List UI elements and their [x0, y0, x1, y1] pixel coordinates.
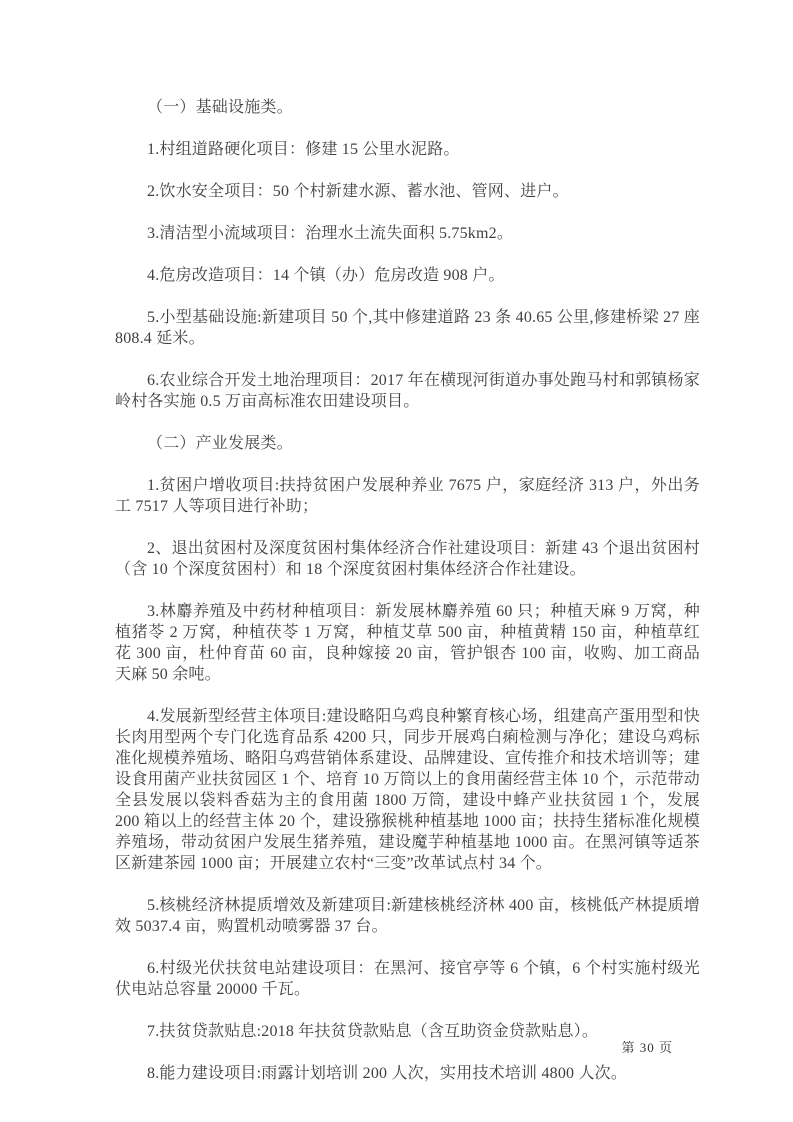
- paragraph-infra-item-5: 5.小型基础设施:新建项目 50 个,其中修建道路 23 条 40.65 公里,…: [115, 307, 700, 349]
- page-number: 第 30 页: [621, 1040, 673, 1056]
- paragraph-industry-item-6: 6.村级光伏扶贫电站建设项目：在黑河、接官亭等 6 个镇，6 个村实施村级光伏电…: [115, 958, 700, 1000]
- paragraph-infra-item-6: 6.农业综合开发土地治理项目：2017 年在横现河街道办事处跑马村和郭镇杨家岭村…: [115, 370, 700, 412]
- paragraph-infra-item-2: 2.饮水安全项目：50 个村新建水源、蓄水池、管网、进户。: [115, 181, 700, 202]
- paragraph-infra-item-3: 3.清洁型小流域项目：治理水土流失面积 5.75km2。: [115, 223, 700, 244]
- paragraph-industry-item-2: 2、退出贫困村及深度贫困村集体经济合作社建设项目：新建 43 个退出贫困村（含 …: [115, 538, 700, 580]
- paragraph-infra-item-1: 1.村组道路硬化项目：修建 15 公里水泥路。: [115, 139, 700, 160]
- paragraph-industry-item-4: 4.发展新型经营主体项目:建设略阳乌鸡良种繁育核心场，组建高产蛋用型和快长肉用型…: [115, 706, 700, 874]
- paragraph-infra-item-4: 4.危房改造项目：14 个镇（办）危房改造 908 户。: [115, 265, 700, 286]
- document-page: （一）基础设施类。 1.村组道路硬化项目：修建 15 公里水泥路。 2.饮水安全…: [0, 0, 793, 1122]
- paragraph-industry-item-5: 5.核桃经济林提质增效及新建项目:新建核桃经济林 400 亩，核桃低产林提质增效…: [115, 895, 700, 937]
- document-body: （一）基础设施类。 1.村组道路硬化项目：修建 15 公里水泥路。 2.饮水安全…: [115, 97, 700, 1105]
- paragraph-industry-item-1: 1.贫困户增收项目:扶持贫困户发展种养业 7675 户，家庭经济 313 户，外…: [115, 475, 700, 517]
- paragraph-industry-item-3: 3.林麝养殖及中药材种植项目：新发展林麝养殖 60 只；种植天麻 9 万窝，种植…: [115, 601, 700, 685]
- section-heading-industry: （二）产业发展类。: [115, 433, 700, 454]
- paragraph-industry-item-8: 8.能力建设项目:雨露计划培训 200 人次，实用技术培训 4800 人次。: [115, 1063, 700, 1084]
- paragraph-industry-item-7: 7.扶贫贷款贴息:2018 年扶贫贷款贴息（含互助资金贷款贴息）。: [115, 1021, 700, 1042]
- section-heading-infrastructure: （一）基础设施类。: [115, 97, 700, 118]
